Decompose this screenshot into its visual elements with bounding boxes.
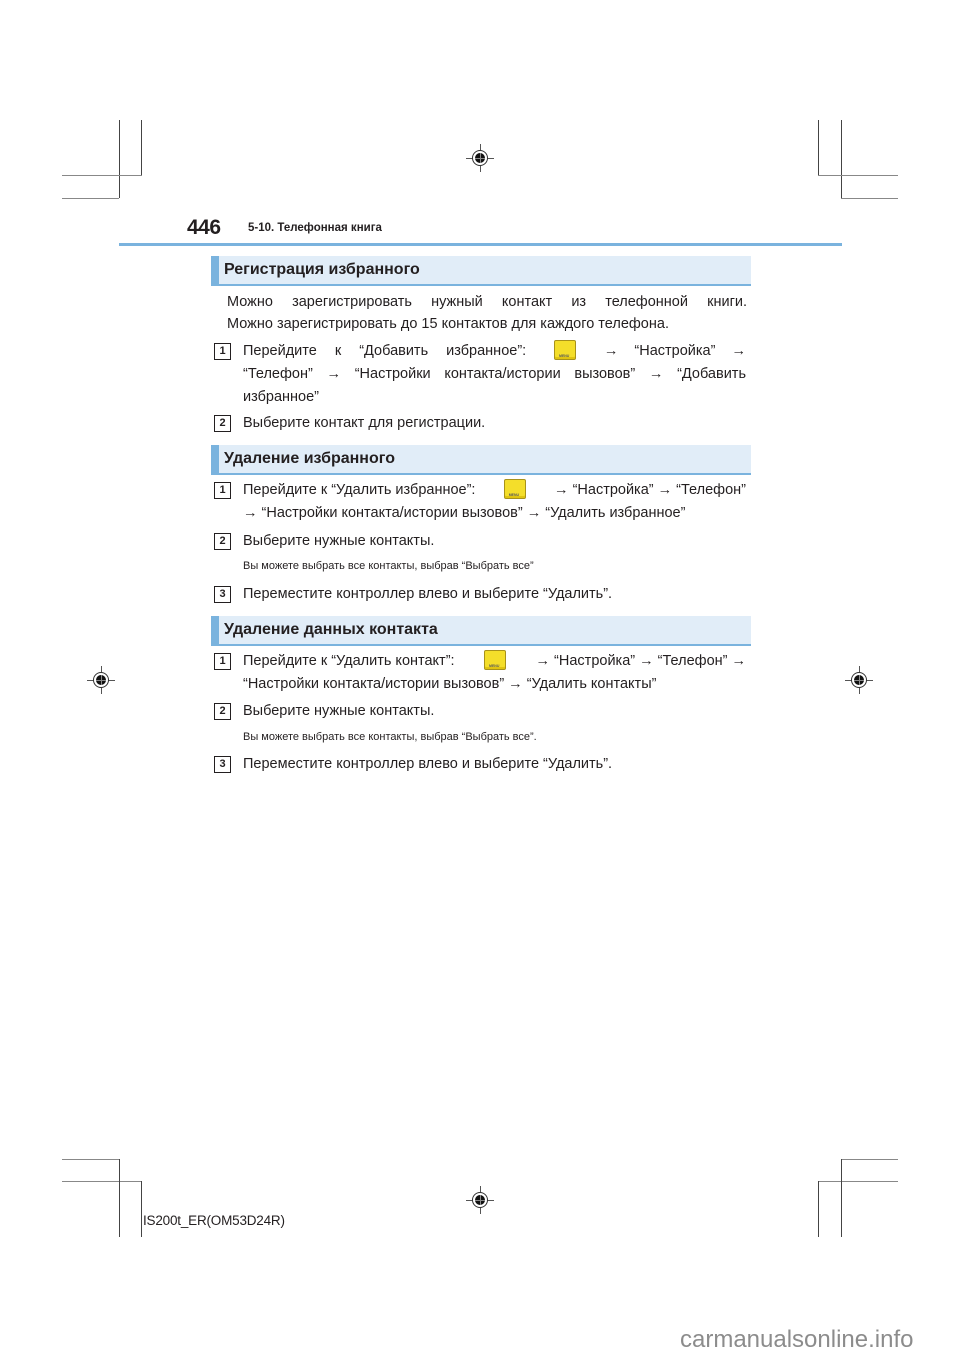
section-heading: Удаление данных контакта [211,616,751,646]
crop-mark [62,1181,142,1182]
crop-mark [841,1159,898,1160]
section-accent-bar [211,445,219,475]
step-number: 1 [214,653,231,670]
crop-mark [119,120,120,198]
step-note: Вы можете выбрать все контакты, выбрав “… [243,731,537,743]
chapter-title: 5-10. Телефонная книга [248,222,382,234]
intro-text: Можно зарегистрировать нужный контакт из… [227,291,747,313]
menu-button-icon: MENU [504,479,526,499]
step-text: “Настройки контакта/истории вызовов” → “… [243,673,746,696]
registration-mark-icon [845,666,873,694]
step-number: 2 [214,703,231,720]
crop-mark [841,198,898,199]
step-number: 1 [214,343,231,360]
page-number: 446 [187,216,221,240]
document-code: IS200t_ER(OM53D24R) [143,1213,285,1228]
crop-mark [841,120,842,198]
section-title: Регистрация избранного [224,261,420,279]
section-title: Удаление данных контакта [224,621,438,639]
section-accent-bar [211,256,219,286]
step-number: 3 [214,756,231,773]
crop-mark [141,1181,142,1237]
step-text: → “Настройка” → “Телефон” → [536,650,746,673]
section-heading: Удаление избранного [211,445,751,475]
crop-mark [818,120,819,175]
crop-mark [841,1159,842,1237]
step-text: Переместите контроллер влево и выберите … [243,753,746,776]
step-text: Выберите нужные контакты. [243,530,746,553]
section-heading: Регистрация избранного [211,256,751,286]
crop-mark [141,120,142,175]
menu-button-icon: MENU [554,340,576,360]
section-title: Удаление избранного [224,450,395,468]
crop-mark [62,175,142,176]
crop-mark [818,175,898,176]
step-text: → “Настройки контакта/истории вызовов” →… [243,502,746,525]
step-text: избранное” [243,386,746,409]
crop-mark [818,1181,898,1182]
registration-mark-icon [87,666,115,694]
header-rule [119,243,842,246]
step-text: Перейдите к “Добавить избранное”: [243,340,526,363]
step-text: Выберите контакт для регистрации. [243,412,746,435]
step-note: Вы можете выбрать все контакты, выбрав “… [243,560,534,572]
crop-mark [62,1159,119,1160]
step-number: 1 [214,482,231,499]
menu-button-icon: MENU [484,650,506,670]
step-text: “Телефон” → “Настройки контакта/истории … [243,363,746,386]
step-number: 2 [214,533,231,550]
section-accent-bar [211,616,219,646]
step-text: Выберите нужные контакты. [243,700,746,723]
step-text: → “Настройка” → [604,340,746,363]
step-text: Перейдите к “Удалить контакт”: [243,650,455,673]
registration-mark-icon [466,1186,494,1214]
step-text: Переместите контроллер влево и выберите … [243,583,746,606]
intro-text: Можно зарегистрировать до 15 контактов д… [227,313,747,335]
watermark: carmanualsonline.info [680,1326,913,1354]
crop-mark [62,198,119,199]
crop-mark [818,1181,819,1237]
step-number: 3 [214,586,231,603]
step-number: 2 [214,415,231,432]
registration-mark-icon [466,144,494,172]
crop-mark [119,1159,120,1237]
step-text: → “Настройка” → “Телефон” [554,479,746,502]
step-text: Перейдите к “Удалить избранное”: [243,479,475,502]
